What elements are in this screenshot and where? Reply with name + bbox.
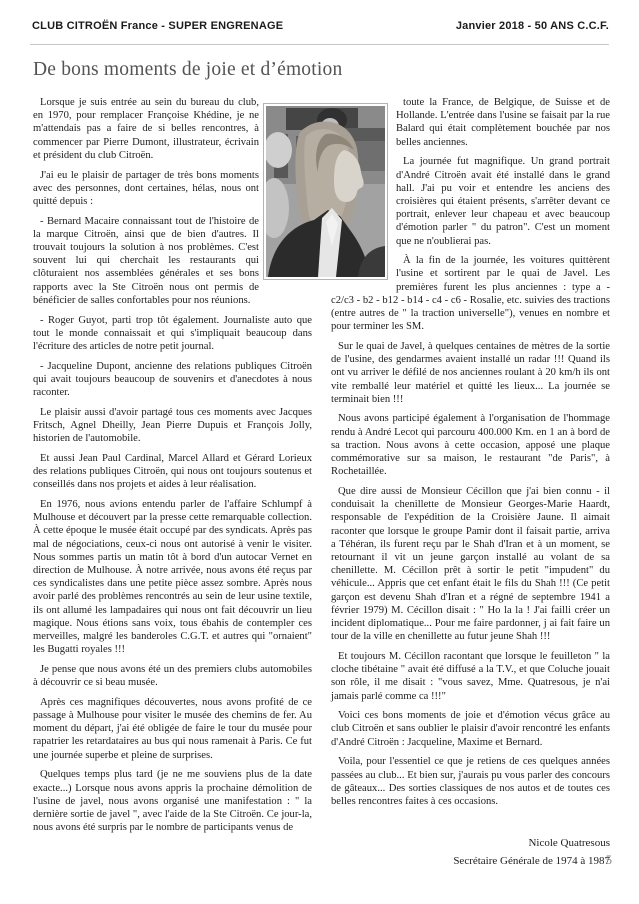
paragraph: Et aussi Jean Paul Cardinal, Marcel Alla… — [33, 452, 312, 492]
paragraph: - Jacqueline Dupont, ancienne des relati… — [33, 360, 312, 400]
paragraph: Sur le quai de Javel, à quelques centain… — [331, 340, 610, 406]
paragraph: Après ces magnifiques découvertes, nous … — [33, 696, 312, 762]
paragraph: Voici ces bons moments de joie et d'émot… — [331, 709, 610, 749]
signature-name: Nicole Quatresous — [331, 834, 610, 852]
paragraph: Le plaisir aussi d'avoir partagé tous ce… — [33, 406, 312, 446]
paragraph: Nous avons participé également à l'organ… — [331, 412, 610, 478]
paragraph: Et toujours M. Cécillon racontant que lo… — [331, 650, 610, 703]
paragraph: Quelques temps plus tard (je ne me souvi… — [33, 768, 312, 834]
page-number: 5 — [606, 853, 612, 868]
signature-role: Secrétaire Générale de 1974 à 1987 — [331, 852, 610, 870]
paragraph: Que dire aussi de Monsieur Cécillon que … — [331, 485, 610, 643]
article-title: De bons moments de joie et d’émotion — [33, 59, 342, 81]
paragraph: En 1976, nous avions entendu parler de l… — [33, 498, 312, 656]
newsletter-page: CLUB CITROËN France - SUPER ENGRENAGE Ja… — [0, 0, 639, 904]
paragraph: Voila, pour l'essentiel ce que je retien… — [331, 755, 610, 808]
paragraph: - Roger Guyot, parti trop tôt également.… — [33, 314, 312, 354]
header-issue-date: Janvier 2018 - 50 ANS C.C.F. — [456, 20, 609, 32]
header-club-name: CLUB CITROËN France - SUPER ENGRENAGE — [32, 20, 283, 32]
portrait-photo-image — [266, 106, 385, 277]
paragraph: Je pense que nous avons été un des premi… — [33, 663, 312, 689]
portrait-photo — [263, 103, 388, 280]
page-header: CLUB CITROËN France - SUPER ENGRENAGE Ja… — [32, 20, 609, 32]
header-divider — [30, 44, 609, 45]
signature-block: Nicole Quatresous Secrétaire Générale de… — [331, 834, 610, 870]
